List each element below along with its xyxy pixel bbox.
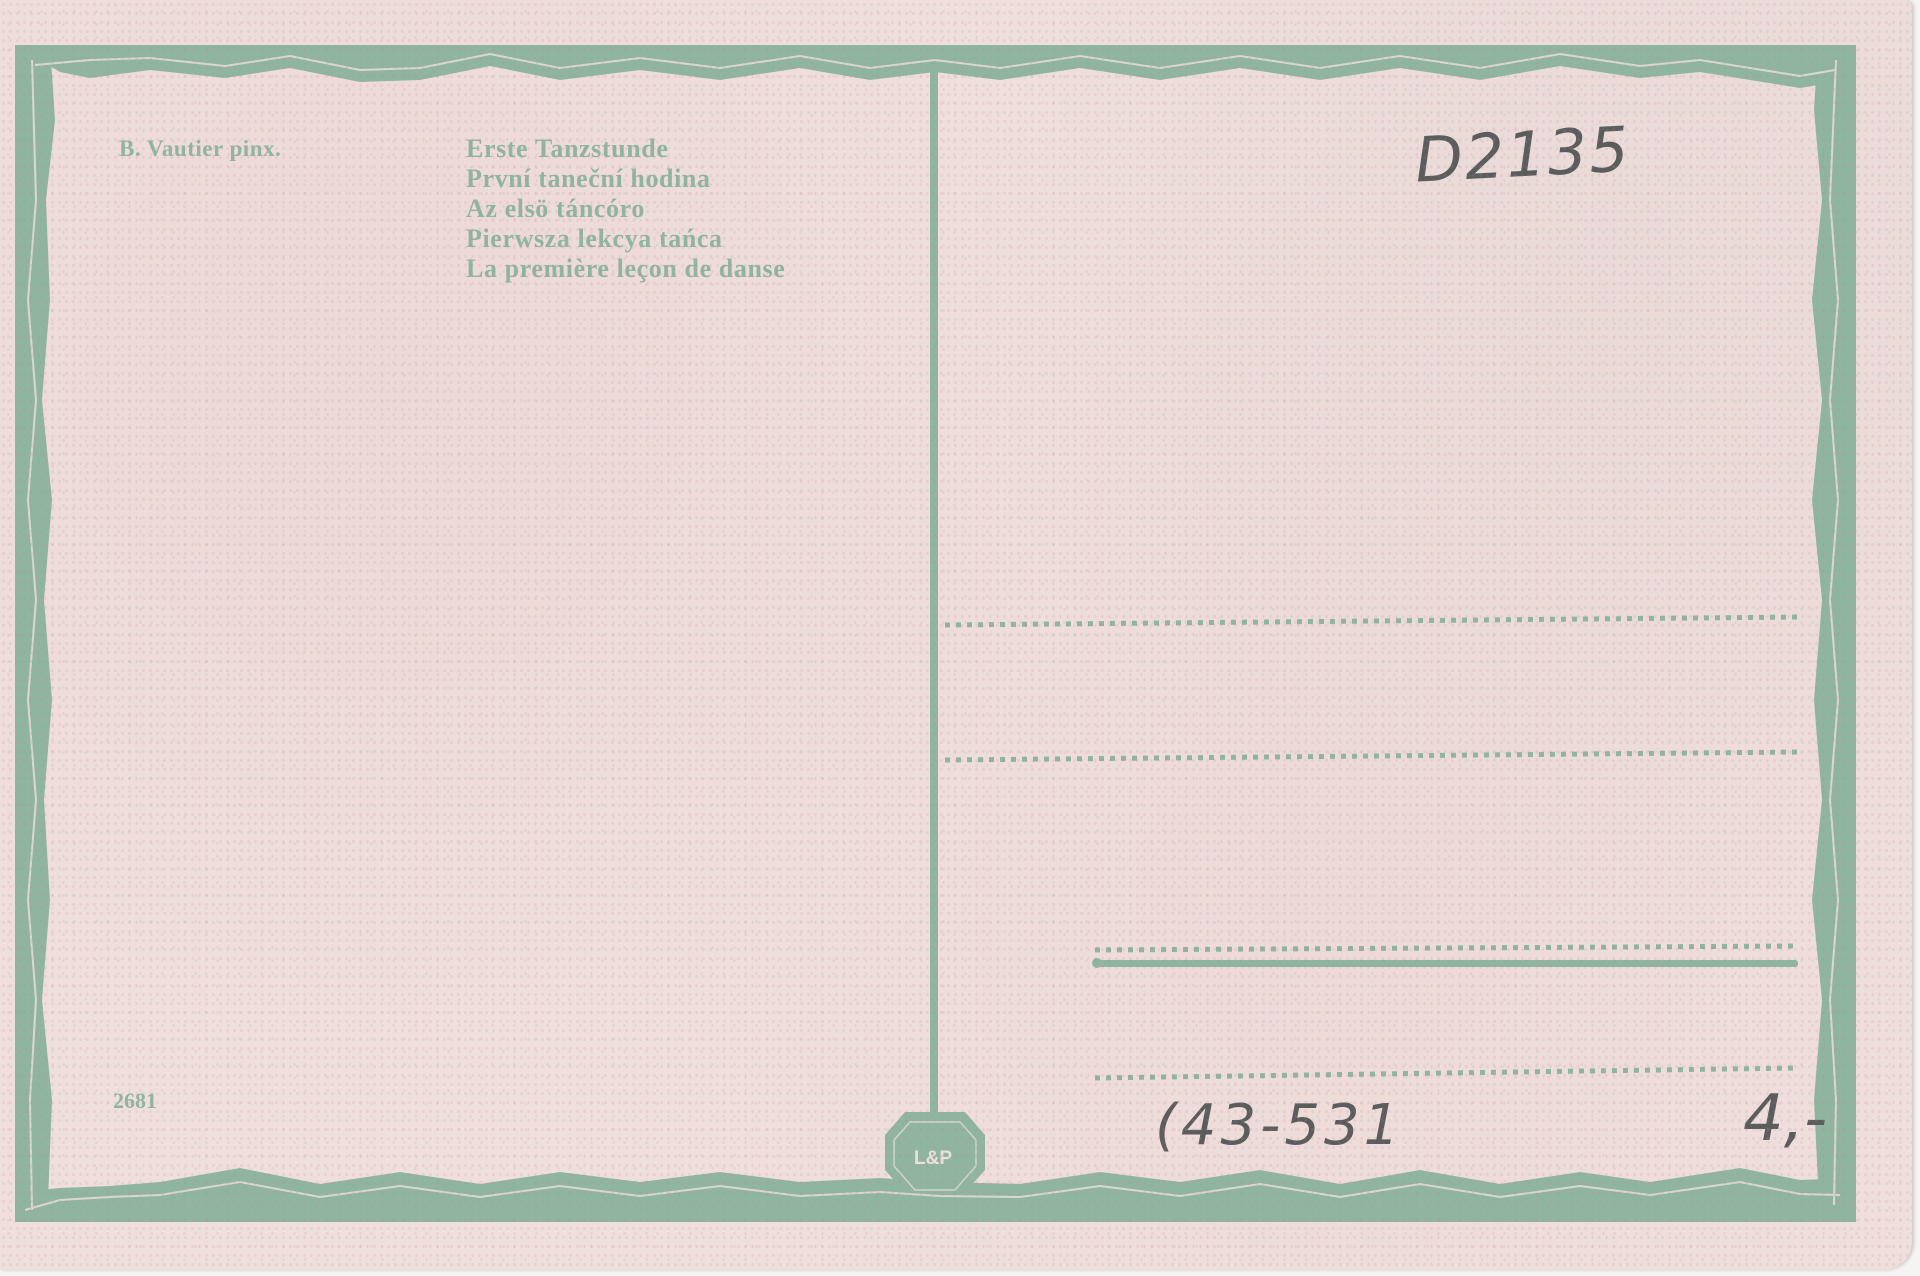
title-czech: První taneční hodina — [466, 164, 785, 194]
title-french: La première leçon de danse — [466, 254, 785, 284]
decorative-border — [0, 0, 1920, 1276]
handwritten-reference: (43-531 — [1155, 1093, 1403, 1158]
title-polish: Pierwsza lekcya tańca — [466, 224, 785, 254]
title-hungarian: Az elsö táncóro — [466, 194, 785, 224]
card-number: 2681 — [113, 1088, 157, 1114]
postcard-back: B. Vautier pinx. Erste Tanzstunde První … — [0, 0, 1912, 1270]
handwritten-price: 4,- — [1743, 1082, 1827, 1156]
publisher-logo-icon: L&P — [913, 1148, 953, 1170]
card-titles: Erste Tanzstunde První taneční hodina Az… — [466, 134, 785, 284]
artist-credit: B. Vautier pinx. — [119, 136, 281, 162]
title-german: Erste Tanzstunde — [466, 134, 785, 164]
handwritten-catalog-code: D2135 — [1413, 112, 1632, 196]
